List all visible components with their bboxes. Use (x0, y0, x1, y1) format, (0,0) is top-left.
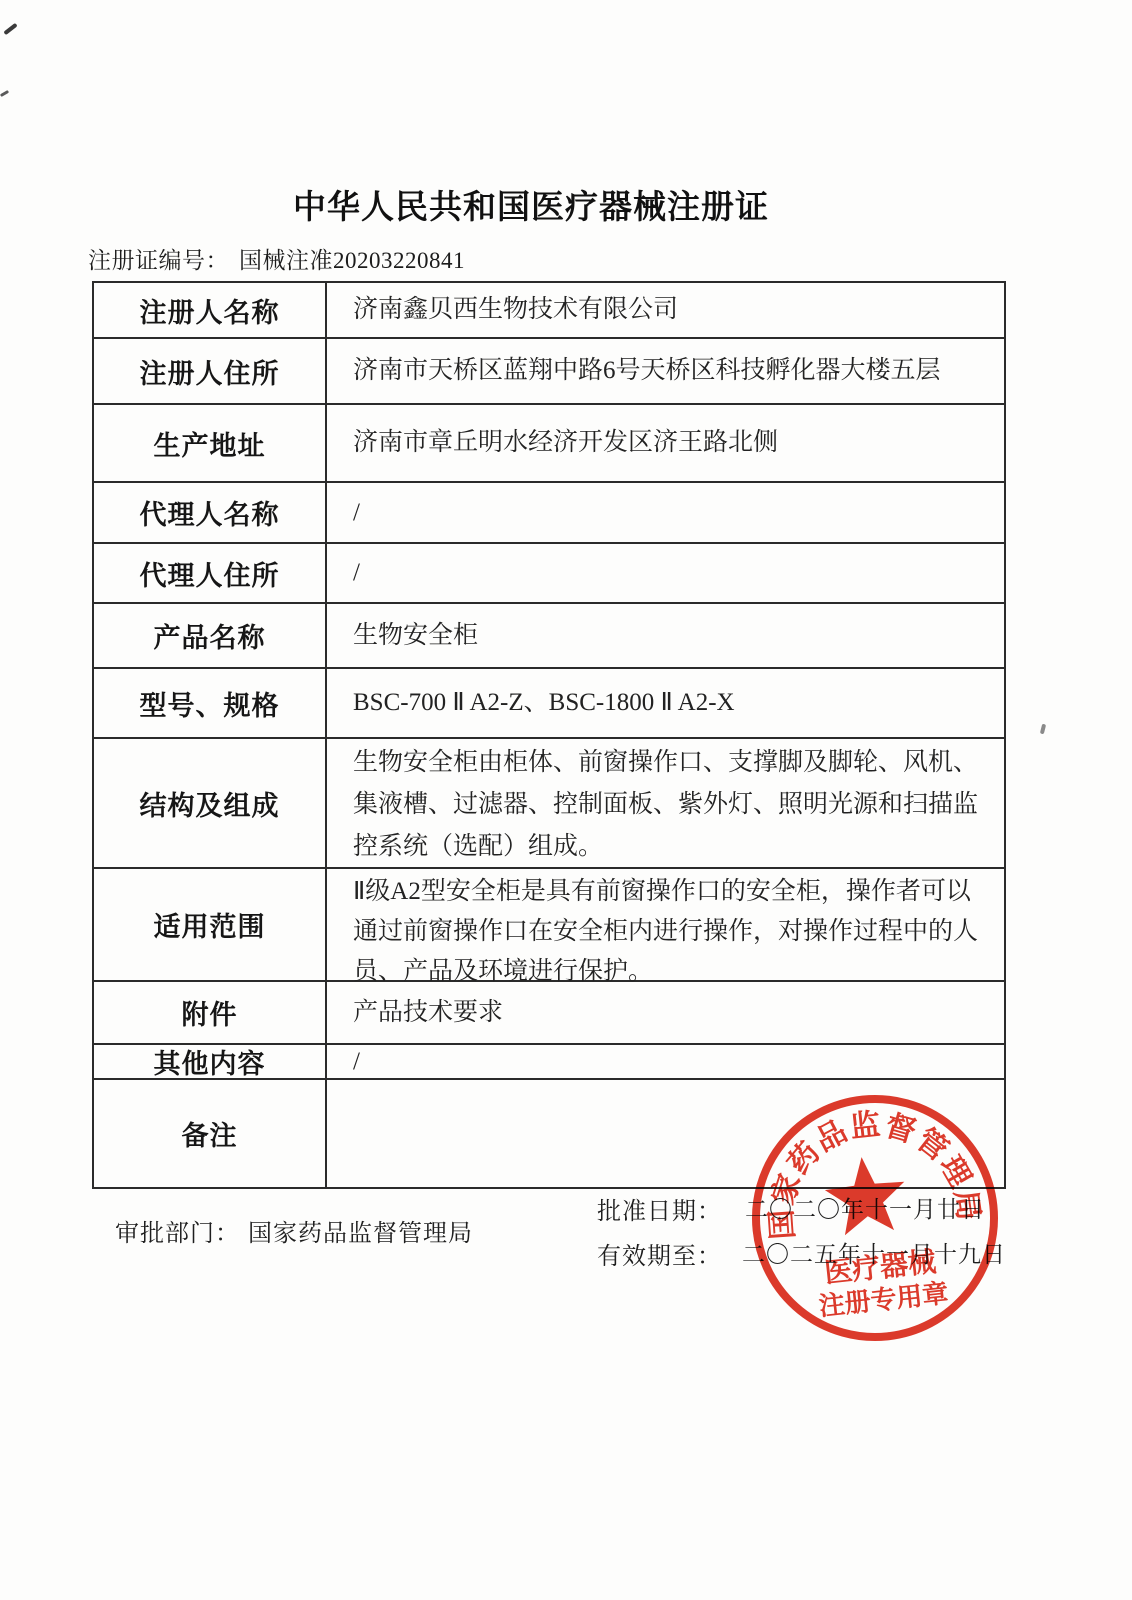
row-label: 其他内容 (94, 1045, 327, 1078)
page-title: 中华人民共和国医疗器械注册证 (0, 181, 1062, 228)
star-icon (822, 1153, 909, 1237)
row-value: 济南市章丘明水经济开发区济王路北侧 (327, 405, 1004, 481)
row-label: 结构及组成 (94, 739, 327, 867)
table-row-agent-name: 代理人名称 / (94, 483, 1004, 544)
row-value: / (327, 1045, 1004, 1078)
row-value: 产品技术要求 (327, 982, 1004, 1043)
row-label: 备注 (94, 1080, 327, 1187)
row-label: 产品名称 (94, 604, 327, 667)
row-value: 生物安全柜 (327, 604, 1004, 667)
table-row-registrant-name: 注册人名称 济南鑫贝西生物技术有限公司 (94, 283, 1004, 339)
table-row-attachment: 附件 产品技术要求 (94, 982, 1004, 1045)
certificate-page: { "page": { "title": "中华人民共和国医疗器械注册证", "… (0, 0, 1132, 1600)
row-label: 型号、规格 (94, 669, 327, 737)
table-row-agent-address: 代理人住所 / (94, 544, 1004, 604)
cert-number-label: 注册证编号： (88, 248, 229, 273)
table-row-product-name: 产品名称 生物安全柜 (94, 604, 1004, 669)
row-value: 生物安全柜由柜体、前窗操作口、支撑脚及脚轮、风机、集液槽、过滤器、控制面板、紫外… (327, 739, 1004, 867)
approval-date-label: 批准日期： (597, 1191, 722, 1226)
row-value: BSC-700 Ⅱ A2-Z、BSC-1800 Ⅱ A2-X (327, 669, 1004, 737)
row-label: 附件 (94, 982, 327, 1043)
row-label: 适用范围 (94, 869, 327, 980)
row-value: / (327, 544, 1004, 602)
table-row-scope: 适用范围 Ⅱ级A2型安全柜是具有前窗操作口的安全柜，操作者可以通过前窗操作口在安… (94, 869, 1004, 982)
row-value: Ⅱ级A2型安全柜是具有前窗操作口的安全柜，操作者可以通过前窗操作口在安全柜内进行… (327, 869, 1004, 980)
table-row-model-spec: 型号、规格 BSC-700 Ⅱ A2-Z、BSC-1800 Ⅱ A2-X (94, 669, 1004, 739)
table-row-other-content: 其他内容 / (94, 1045, 1004, 1080)
cert-number-value: 国械注准20203220841 (239, 248, 465, 273)
row-label: 生产地址 (94, 405, 327, 481)
row-label: 代理人名称 (94, 483, 327, 542)
scan-artifact (3, 23, 17, 35)
stamp-arc-text: 国家药品监督管理局 (755, 1098, 985, 1242)
table-row-production-address: 生产地址 济南市章丘明水经济开发区济王路北侧 (94, 405, 1004, 483)
row-value: 济南鑫贝西生物技术有限公司 (327, 283, 1004, 337)
row-value: / (327, 483, 1004, 542)
approval-department-value: 国家药品监督管理局 (248, 1221, 473, 1247)
row-label: 注册人名称 (94, 283, 327, 337)
cert-table: 注册人名称 济南鑫贝西生物技术有限公司 注册人住所 济南市天桥区蓝翔中路6号天桥… (92, 281, 1006, 1189)
scan-artifact (1040, 724, 1046, 735)
cert-number-line: 注册证编号：国械注准20203220841 (88, 242, 465, 275)
stamp-graphic: 国家药品监督管理局 医疗器械 注册专用章 (727, 1070, 1024, 1367)
scan-artifact (0, 90, 9, 97)
approval-department-label: 审批部门： (115, 1221, 240, 1247)
official-stamp: 国家药品监督管理局 医疗器械 注册专用章 (727, 1070, 1024, 1367)
row-value: 济南市天桥区蓝翔中路6号天桥区科技孵化器大楼五层 (327, 339, 1004, 403)
table-row-structure: 结构及组成 生物安全柜由柜体、前窗操作口、支撑脚及脚轮、风机、集液槽、过滤器、控… (94, 739, 1004, 869)
row-label: 代理人住所 (94, 544, 327, 602)
row-label: 注册人住所 (94, 339, 327, 403)
expiry-date-label: 有效期至： (597, 1236, 722, 1271)
stamp-arc-char: 国 (765, 1208, 800, 1240)
approval-department-line: 审批部门：国家药品监督管理局 (115, 1213, 473, 1248)
table-row-registrant-address: 注册人住所 济南市天桥区蓝翔中路6号天桥区科技孵化器大楼五层 (94, 339, 1004, 405)
stamp-arc-char: 监 (849, 1108, 882, 1144)
stamp-arc-char: 局 (948, 1188, 985, 1222)
